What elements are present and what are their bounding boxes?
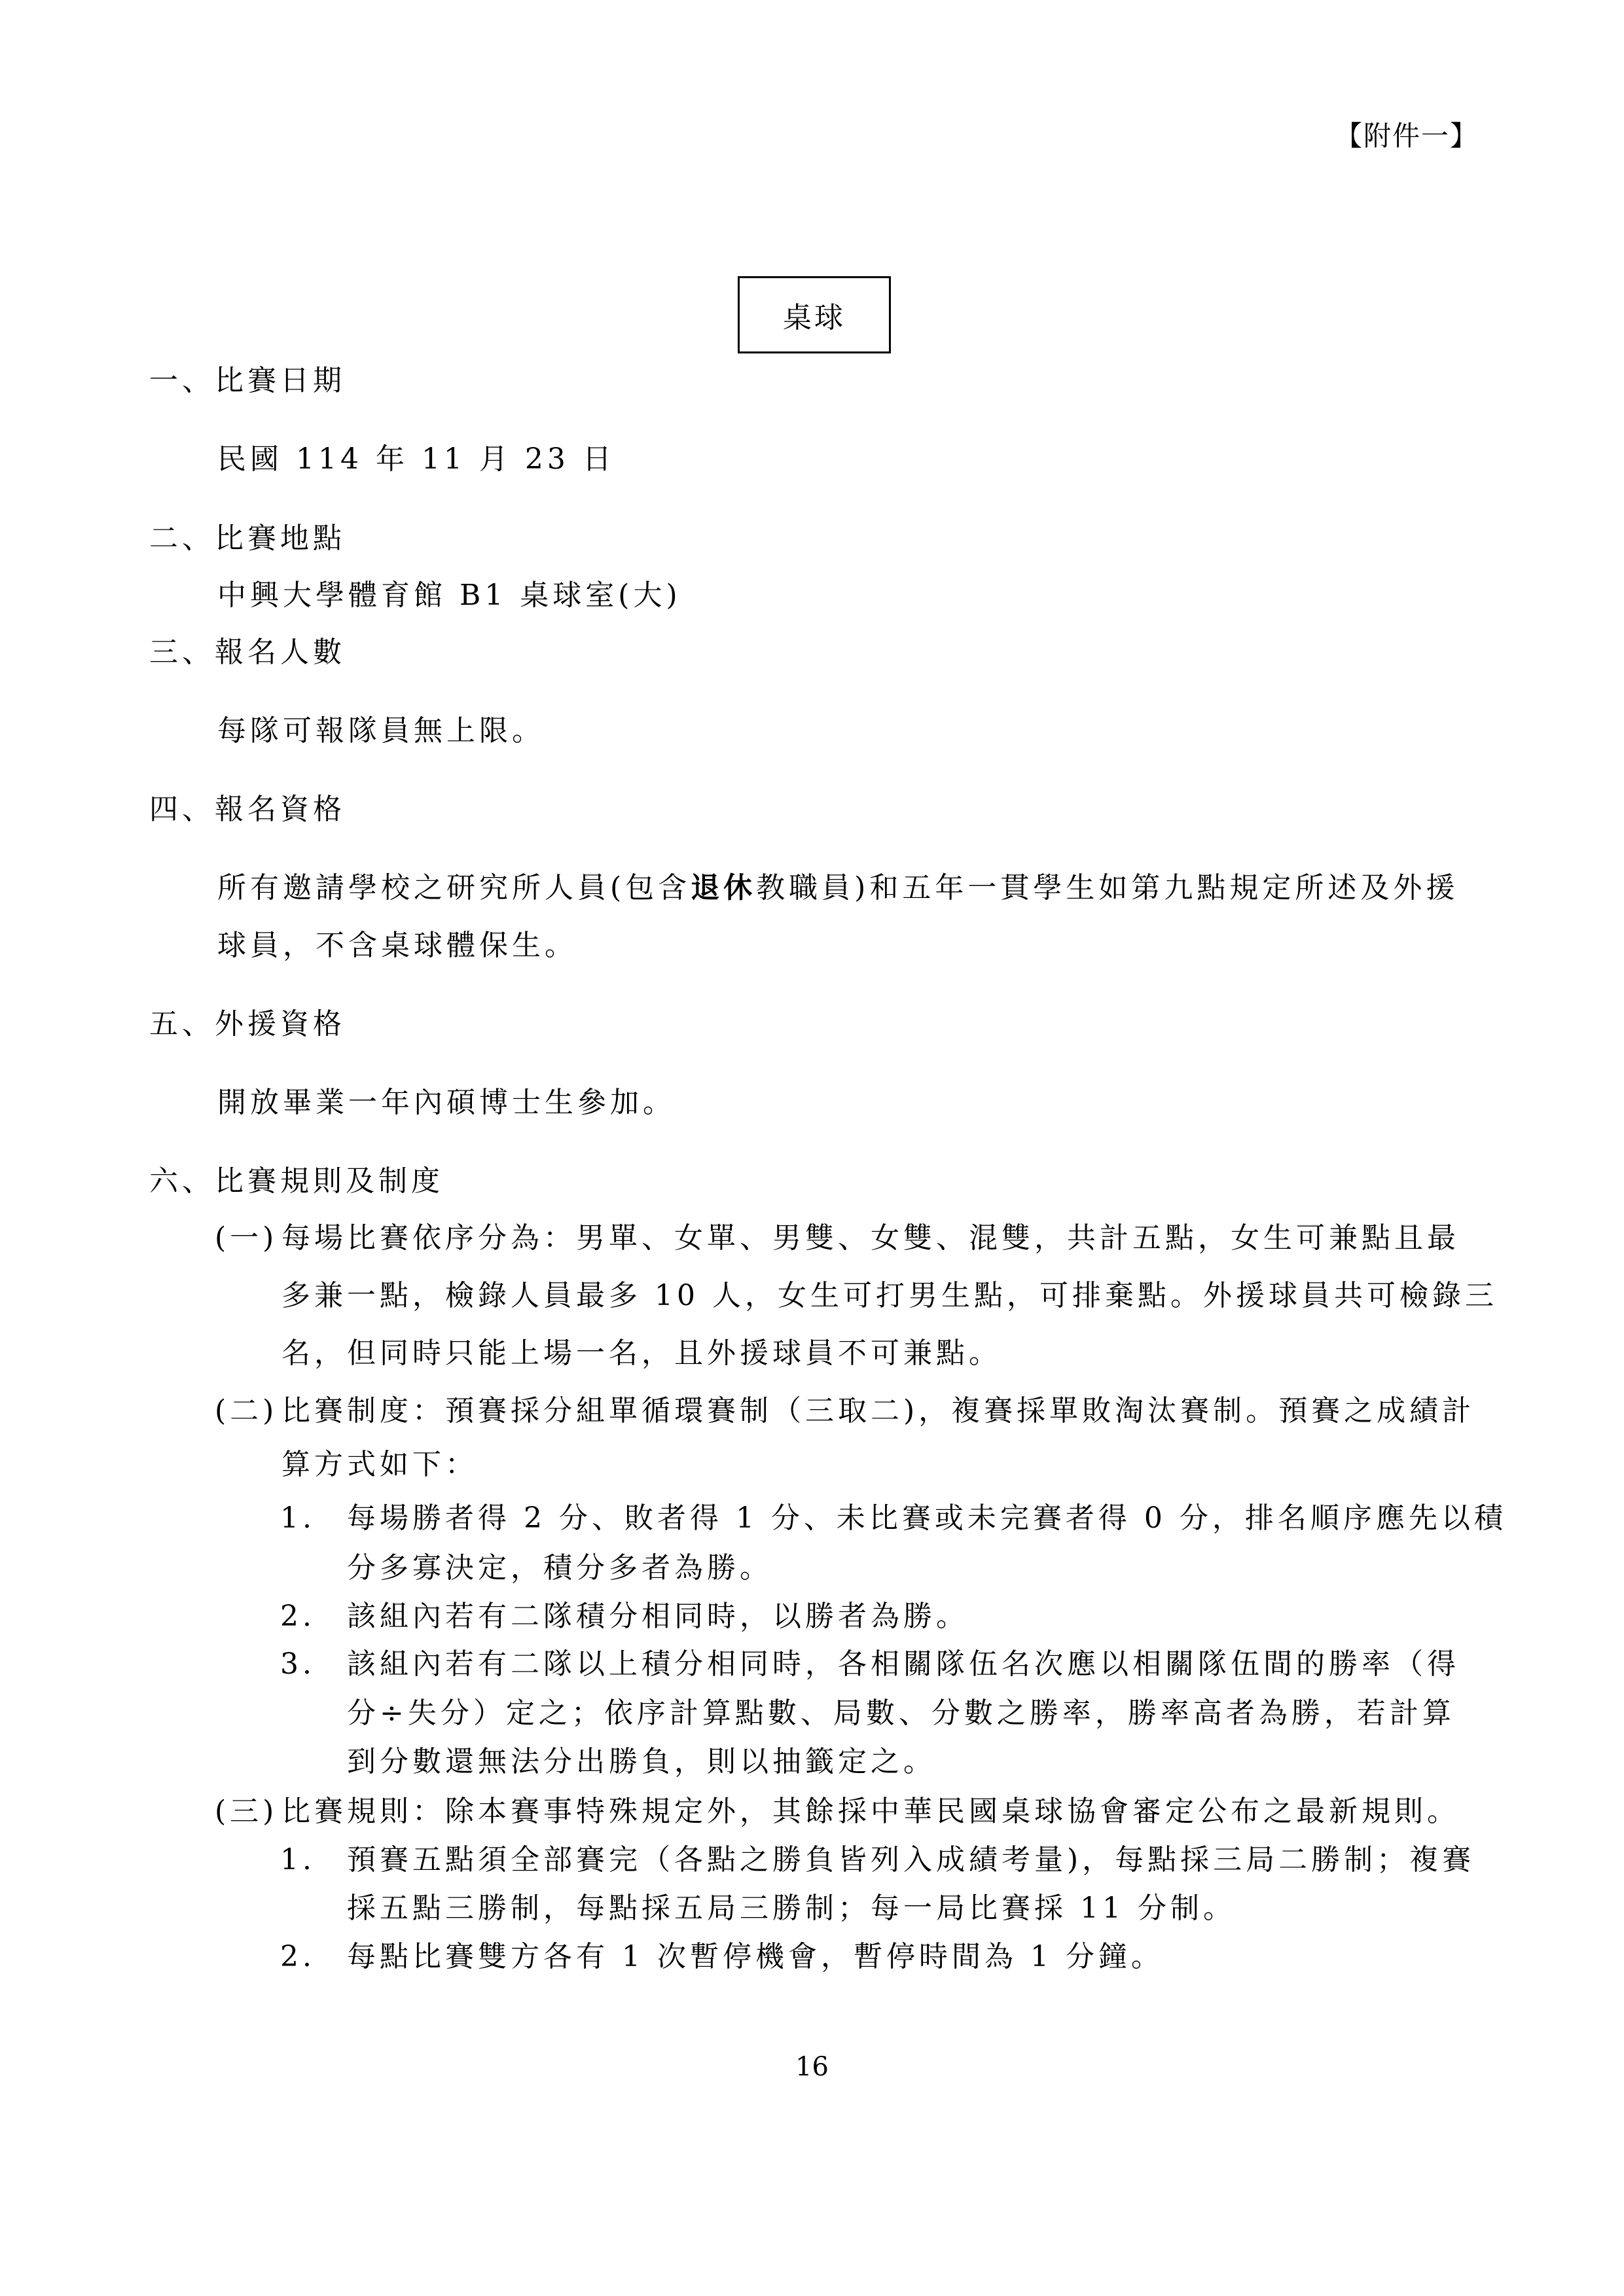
section-body-registration-count: 每隊可報隊員無上限。 [217, 711, 545, 751]
subsection-1-line: 多兼一點，檢錄人員最多 10 人，女生可打男生點，可排棄點。外援球員共可檢錄三 [281, 1276, 1498, 1316]
document-title-box: 桌球 [738, 276, 891, 353]
subsection-label-2: (二) [215, 1391, 278, 1431]
list-item-text: 採五點三勝制，每點採五局三勝制；每一局比賽採 11 分制。 [347, 1889, 1236, 1928]
section-body-venue: 中興大學體育館 B1 桌球室(大) [217, 576, 681, 615]
list-item-number: 2. [280, 1937, 316, 1977]
subsection-label-3: (三) [215, 1792, 278, 1831]
list-item-number: 3. [280, 1645, 316, 1684]
subsection-label-1: (一) [215, 1219, 278, 1258]
section-body-external-players: 開放畢業一年內碩博士生參加。 [217, 1083, 676, 1122]
section-body-eligibility-line1: 所有邀請學校之研究所人員(包含退休教職員)和五年一貫學生如第九點規定所述及外援 [217, 869, 1458, 908]
list-item-text: 到分數還無法分出勝負，則以抽籤定之。 [347, 1742, 936, 1782]
section-heading-venue: 二、比賽地點 [149, 519, 346, 558]
list-item-text: 每場勝者得 2 分、敗者得 1 分、未比賽或未完賽者得 0 分，排名順序應先以積 [347, 1499, 1507, 1538]
list-item-text: 分÷失分）定之；依序計算點數、局數、分數之勝率，勝率高者為勝，若計算 [347, 1694, 1455, 1733]
section-heading-registration-count: 三、報名人數 [149, 633, 346, 672]
subsection-3-line: 比賽規則：除本賽事特殊規定外，其餘採中華民國桌球協會審定公布之最新規則。 [281, 1792, 1460, 1831]
section-heading-date: 一、比賽日期 [149, 361, 346, 401]
list-item-text: 預賽五點須全部賽完（各點之勝負皆列入成績考量)，每點採三局二勝制；複賽 [347, 1840, 1475, 1880]
list-item-number: 1. [280, 1499, 316, 1538]
list-item-text: 該組內若有二隊以上積分相同時，各相關隊伍名次應以相關隊伍間的勝率（得 [347, 1645, 1460, 1684]
subsection-1-line: 每場比賽依序分為：男單、女單、男雙、女雙、混雙，共計五點，女生可兼點且最 [281, 1219, 1460, 1258]
page-number: 16 [0, 2052, 1624, 2082]
list-item-number: 2. [280, 1597, 316, 1636]
subsection-2-line: 算方式如下： [281, 1445, 478, 1484]
subsection-2-line: 比賽制度：預賽採分組單循環賽制（三取二)，複賽採單敗淘汰賽制。預賽之成績計 [281, 1391, 1475, 1431]
subsection-1-line: 名，但同時只能上場一名，且外援球員不可兼點。 [281, 1334, 1001, 1373]
list-item-text: 該組內若有二隊積分相同時，以勝者為勝。 [347, 1597, 969, 1636]
document-title: 桌球 [783, 294, 846, 336]
list-item-text: 每點比賽雙方各有 1 次暫停機會，暫停時間為 1 分鐘。 [347, 1937, 1164, 1977]
eligibility-text-retired-bold: 退休 [691, 871, 756, 905]
section-heading-rules: 六、比賽規則及制度 [149, 1162, 444, 1201]
section-heading-external-players: 五、外援資格 [149, 1005, 346, 1044]
attachment-label: 【附件一】 [1335, 115, 1479, 154]
section-body-eligibility-line2: 球員，不含桌球體保生。 [217, 926, 577, 965]
section-heading-eligibility: 四、報名資格 [149, 790, 346, 829]
list-item-number: 1. [280, 1840, 316, 1880]
eligibility-text-b: 教職員)和五年一貫學生如第九點規定所述及外援 [756, 871, 1458, 905]
eligibility-text-a: 所有邀請學校之研究所人員(包含 [217, 871, 691, 905]
section-body-date: 民國 114 年 11 月 23 日 [217, 440, 615, 479]
list-item-text: 分多寡決定，積分多者為勝。 [347, 1549, 772, 1588]
